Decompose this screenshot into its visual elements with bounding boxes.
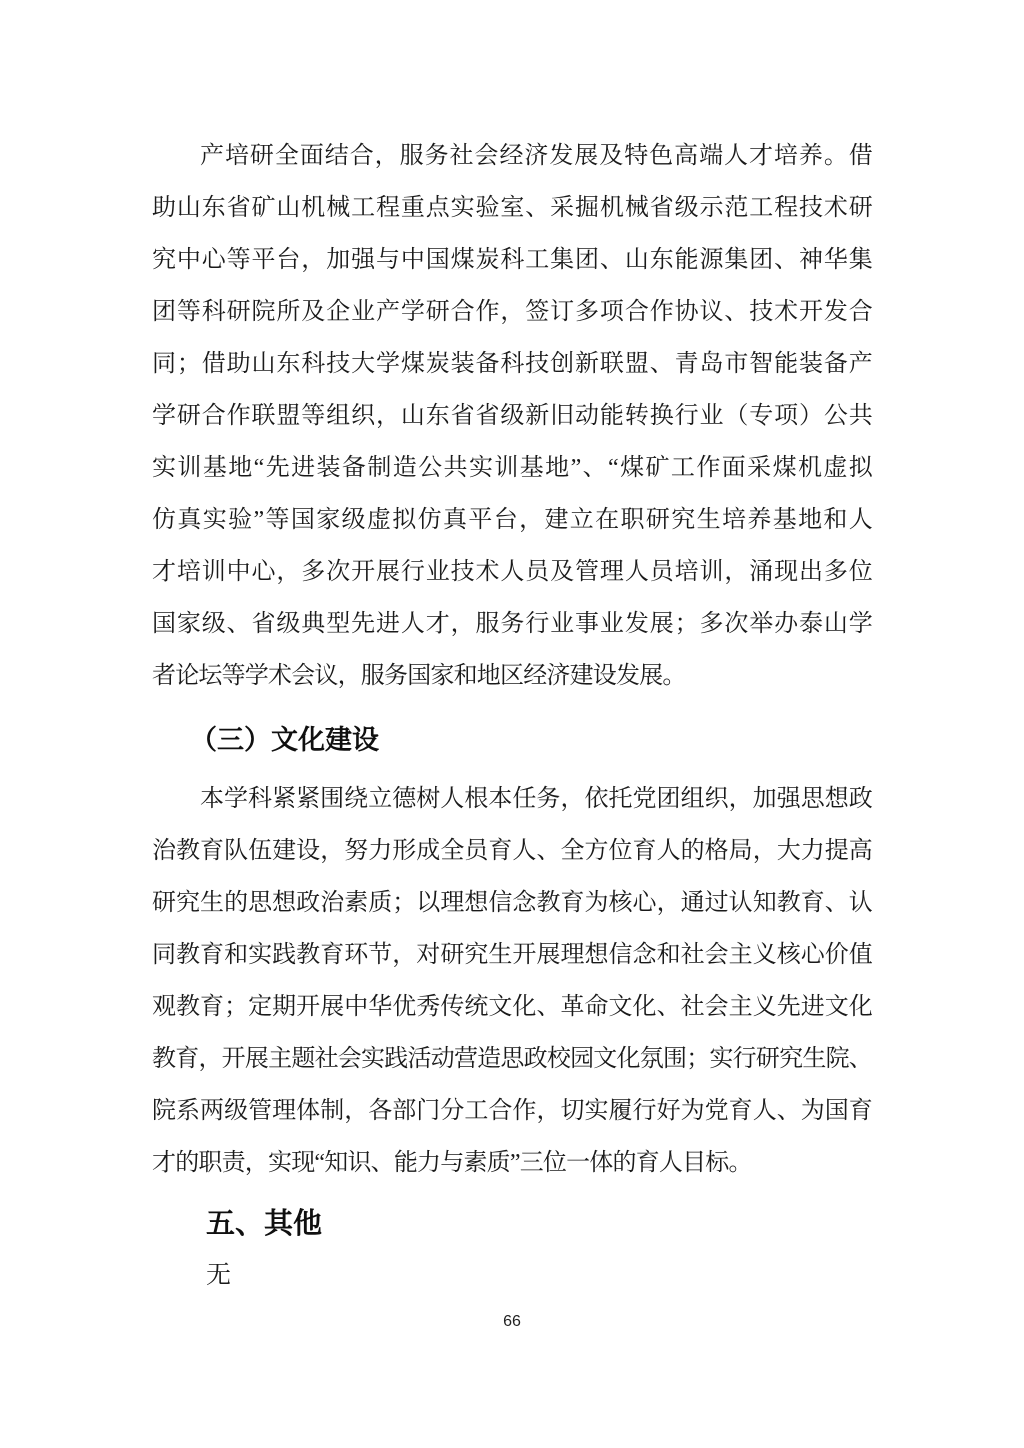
text-line: 团等科研院所及企业产学研合作，签订多项合作协议、技术开发合	[152, 286, 872, 338]
text-line: 同教育和实践教育环节，对研究生开展理想信念和社会主义核心价值	[152, 929, 872, 981]
text-line: 观教育；定期开展中华优秀传统文化、革命文化、社会主义先进文化	[152, 981, 872, 1033]
document-page: 产培研全面结合，服务社会经济发展及特色高端人才培养。借助山东省矿山机械工程重点实…	[0, 0, 1024, 1448]
text-line: 学研合作联盟等组织，山东省省级新旧动能转换行业（专项）公共	[152, 390, 872, 442]
text-line: 产培研全面结合，服务社会经济发展及特色高端人才培养。借	[152, 130, 872, 182]
text-line: 教育，开展主题社会实践活动营造思政校园文化氛围；实行研究生院、	[152, 1033, 872, 1085]
text-line: 院系两级管理体制，各部门分工合作，切实履行好为党育人、为国育	[152, 1085, 872, 1137]
text-line: 国家级、省级典型先进人才，服务行业事业发展；多次举办泰山学	[152, 598, 872, 650]
other-section-content: 无	[152, 1250, 872, 1302]
text-line: 者论坛等学术会议，服务国家和地区经济建设发展。	[152, 650, 872, 702]
text-line: 本学科紧紧围绕立德树人根本任务，依托党团组织，加强思想政	[152, 773, 872, 825]
text-line: 究中心等平台，加强与中国煤炭科工集团、山东能源集团、神华集	[152, 234, 872, 286]
page-number: 66	[0, 1313, 1024, 1331]
text-line: 同；借助山东科技大学煤炭装备科技创新联盟、青岛市智能装备产	[152, 338, 872, 390]
paragraph-culture-construction: 本学科紧紧围绕立德树人根本任务，依托党团组织，加强思想政治教育队伍建设，努力形成…	[152, 773, 872, 1189]
page-content: 产培研全面结合，服务社会经济发展及特色高端人才培养。借助山东省矿山机械工程重点实…	[152, 130, 872, 1302]
text-line: 助山东省矿山机械工程重点实验室、采掘机械省级示范工程技术研	[152, 182, 872, 234]
text-line: 实训基地“先进装备制造公共实训基地”、“煤矿工作面采煤机虚拟	[152, 442, 872, 494]
text-line: 仿真实验”等国家级虚拟仿真平台，建立在职研究生培养基地和人	[152, 494, 872, 546]
heading-section-other: 五、其他	[152, 1198, 872, 1250]
text-line: 才的职责，实现“知识、能力与素质”三位一体的育人目标。	[152, 1137, 872, 1189]
text-line: 研究生的思想政治素质；以理想信念教育为核心，通过认知教育、认	[152, 877, 872, 929]
text-line: 才培训中心，多次开展行业技术人员及管理人员培训，涌现出多位	[152, 546, 872, 598]
heading-culture-construction: （三）文化建设	[152, 714, 872, 766]
text-line: 治教育队伍建设，努力形成全员育人、全方位育人的格局，大力提高	[152, 825, 872, 877]
paragraph-industry-cooperation: 产培研全面结合，服务社会经济发展及特色高端人才培养。借助山东省矿山机械工程重点实…	[152, 130, 872, 702]
